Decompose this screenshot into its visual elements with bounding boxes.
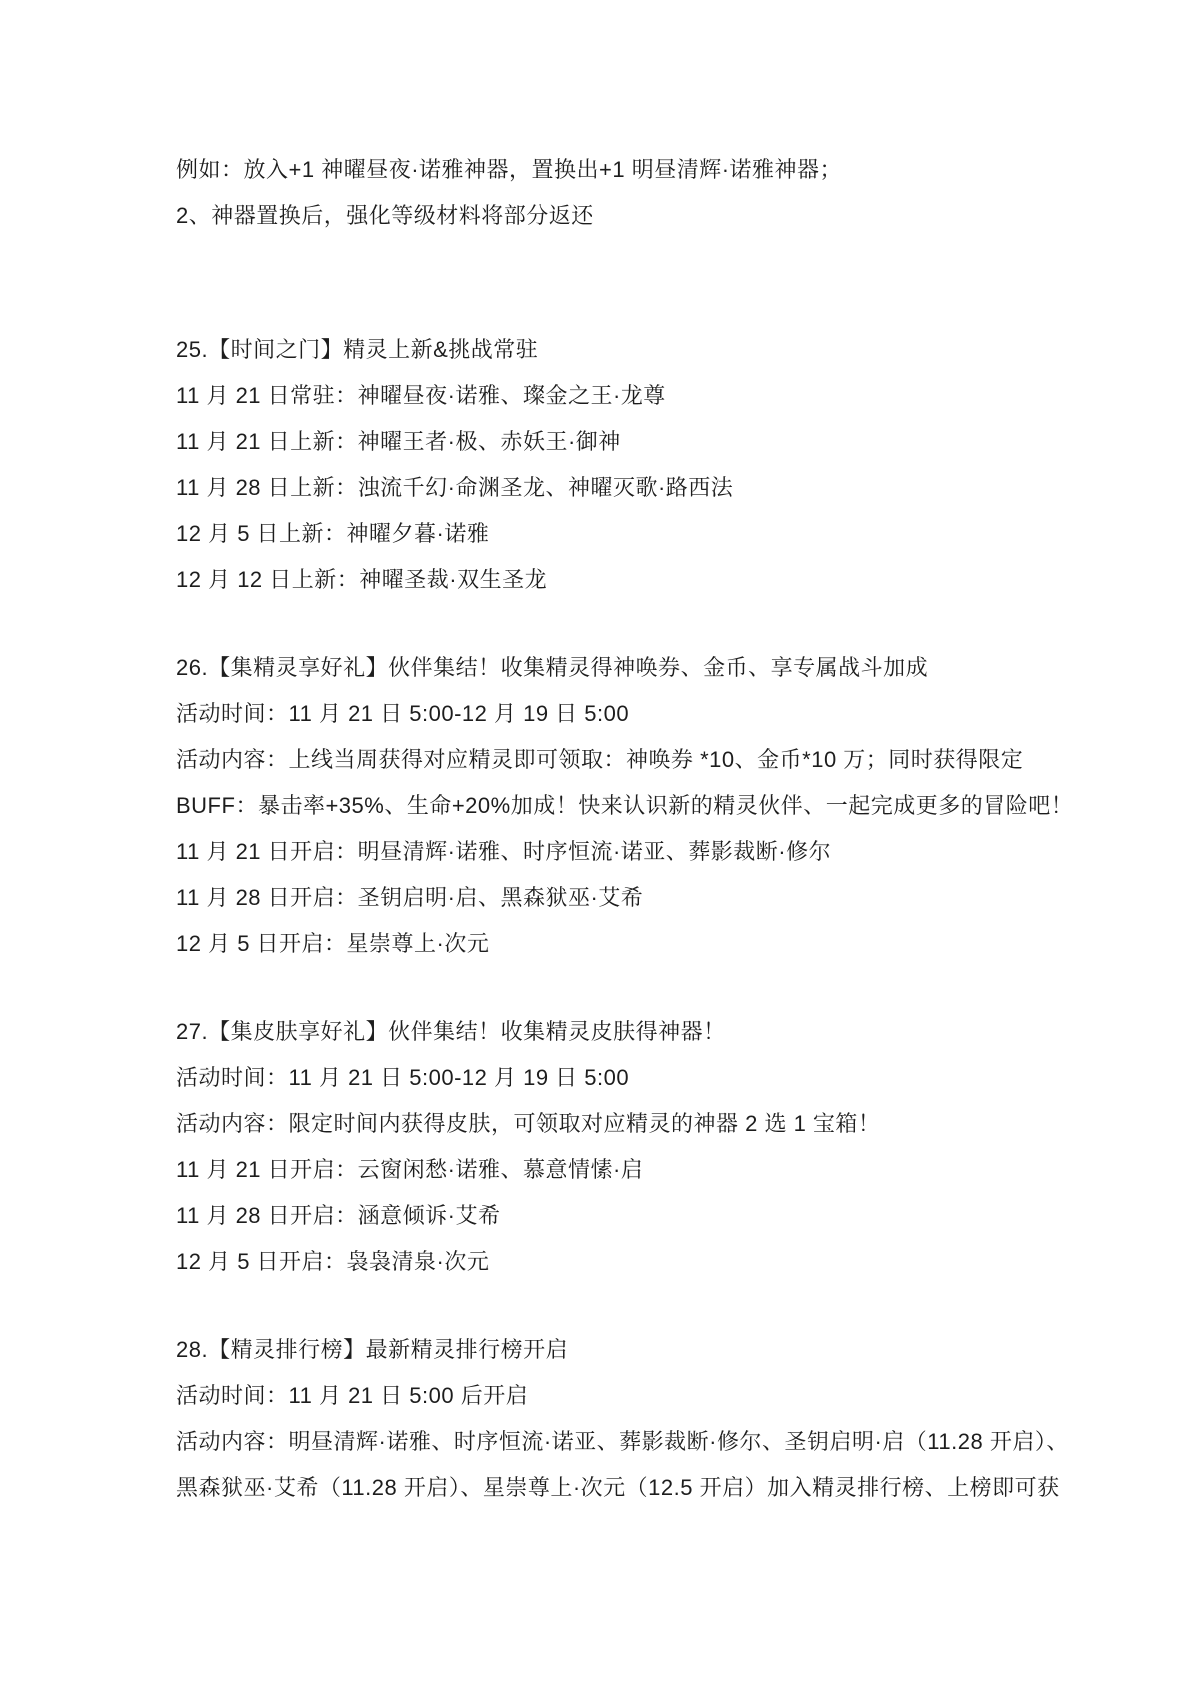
text-line: 12 月 12 日上新：神曜圣裁·双生圣龙 (176, 557, 1150, 603)
section-block: 25.【时间之门】精灵上新&挑战常驻 11 月 21 日常驻：神曜昼夜·诺雅、璨… (176, 327, 1150, 603)
text-line: 11 月 28 日开启：圣钥启明·启、黑森狱巫·艾希 (176, 875, 1150, 921)
section-title: 27.【集皮肤享好礼】伙伴集结！收集精灵皮肤得神器！ (176, 1009, 1150, 1055)
section-title: 28.【精灵排行榜】最新精灵排行榜开启 (176, 1327, 1150, 1373)
section-title: 26.【集精灵享好礼】伙伴集结！收集精灵得神唤券、金币、享专属战斗加成 (176, 645, 1150, 691)
document-content: 例如：放入+1 神曜昼夜·诺雅神器，置换出+1 明昼清辉·诺雅神器；2、神器置换… (176, 147, 1150, 1511)
text-line: 11 月 28 日上新：浊流千幻·命渊圣龙、神曜灭歌·路西法 (176, 465, 1150, 511)
document-page: 例如：放入+1 神曜昼夜·诺雅神器，置换出+1 明昼清辉·诺雅神器；2、神器置换… (0, 0, 1190, 1683)
sections-container: 25.【时间之门】精灵上新&挑战常驻 11 月 21 日常驻：神曜昼夜·诺雅、璨… (176, 327, 1150, 1511)
text-line: 12 月 5 日开启：袅袅清泉·次元 (176, 1239, 1150, 1285)
text-line: 活动时间：11 月 21 日 5:00-12 月 19 日 5:00 (176, 1055, 1150, 1101)
text-line: 11 月 21 日上新：神曜王者·极、赤妖王·御神 (176, 419, 1150, 465)
text-line: 活动内容：上线当周获得对应精灵即可领取：神唤券 *10、金币*10 万；同时获得… (176, 737, 1150, 783)
text-line: 活动时间：11 月 21 日 5:00-12 月 19 日 5:00 (176, 691, 1150, 737)
text-line: 11 月 21 日开启：云窗闲愁·诺雅、慕意情愫·启 (176, 1147, 1150, 1193)
text-line: BUFF：暴击率+35%、生命+20%加成！快来认识新的精灵伙伴、一起完成更多的… (176, 783, 1150, 829)
text-line: 12 月 5 日上新：神曜夕暮·诺雅 (176, 511, 1150, 557)
text-line: 活动内容：限定时间内获得皮肤，可领取对应精灵的神器 2 选 1 宝箱！ (176, 1101, 1150, 1147)
section-block: 28.【精灵排行榜】最新精灵排行榜开启 活动时间：11 月 21 日 5:00 … (176, 1327, 1150, 1511)
section-block: 26.【集精灵享好礼】伙伴集结！收集精灵得神唤券、金币、享专属战斗加成 活动时间… (176, 645, 1150, 967)
intro-block: 例如：放入+1 神曜昼夜·诺雅神器，置换出+1 明昼清辉·诺雅神器；2、神器置换… (176, 147, 1150, 239)
text-line: 活动时间：11 月 21 日 5:00 后开启 (176, 1373, 1150, 1419)
section-block: 27.【集皮肤享好礼】伙伴集结！收集精灵皮肤得神器！ 活动时间：11 月 21 … (176, 1009, 1150, 1285)
text-line: 黑森狱巫·艾希（11.28 开启）、星崇尊上·次元（12.5 开启）加入精灵排行… (176, 1465, 1150, 1511)
text-line: 11 月 21 日开启：明昼清辉·诺雅、时序恒流·诺亚、葬影裁断·修尔 (176, 829, 1150, 875)
text-line: 例如：放入+1 神曜昼夜·诺雅神器，置换出+1 明昼清辉·诺雅神器； (176, 147, 1150, 193)
text-line: 11 月 28 日开启：涵意倾诉·艾希 (176, 1193, 1150, 1239)
text-line: 2、神器置换后，强化等级材料将部分返还 (176, 193, 1150, 239)
text-line: 活动内容：明昼清辉·诺雅、时序恒流·诺亚、葬影裁断·修尔、圣钥启明·启（11.2… (176, 1419, 1150, 1465)
section-title: 25.【时间之门】精灵上新&挑战常驻 (176, 327, 1150, 373)
text-line: 11 月 21 日常驻：神曜昼夜·诺雅、璨金之王·龙尊 (176, 373, 1150, 419)
text-line: 12 月 5 日开启：星崇尊上·次元 (176, 921, 1150, 967)
